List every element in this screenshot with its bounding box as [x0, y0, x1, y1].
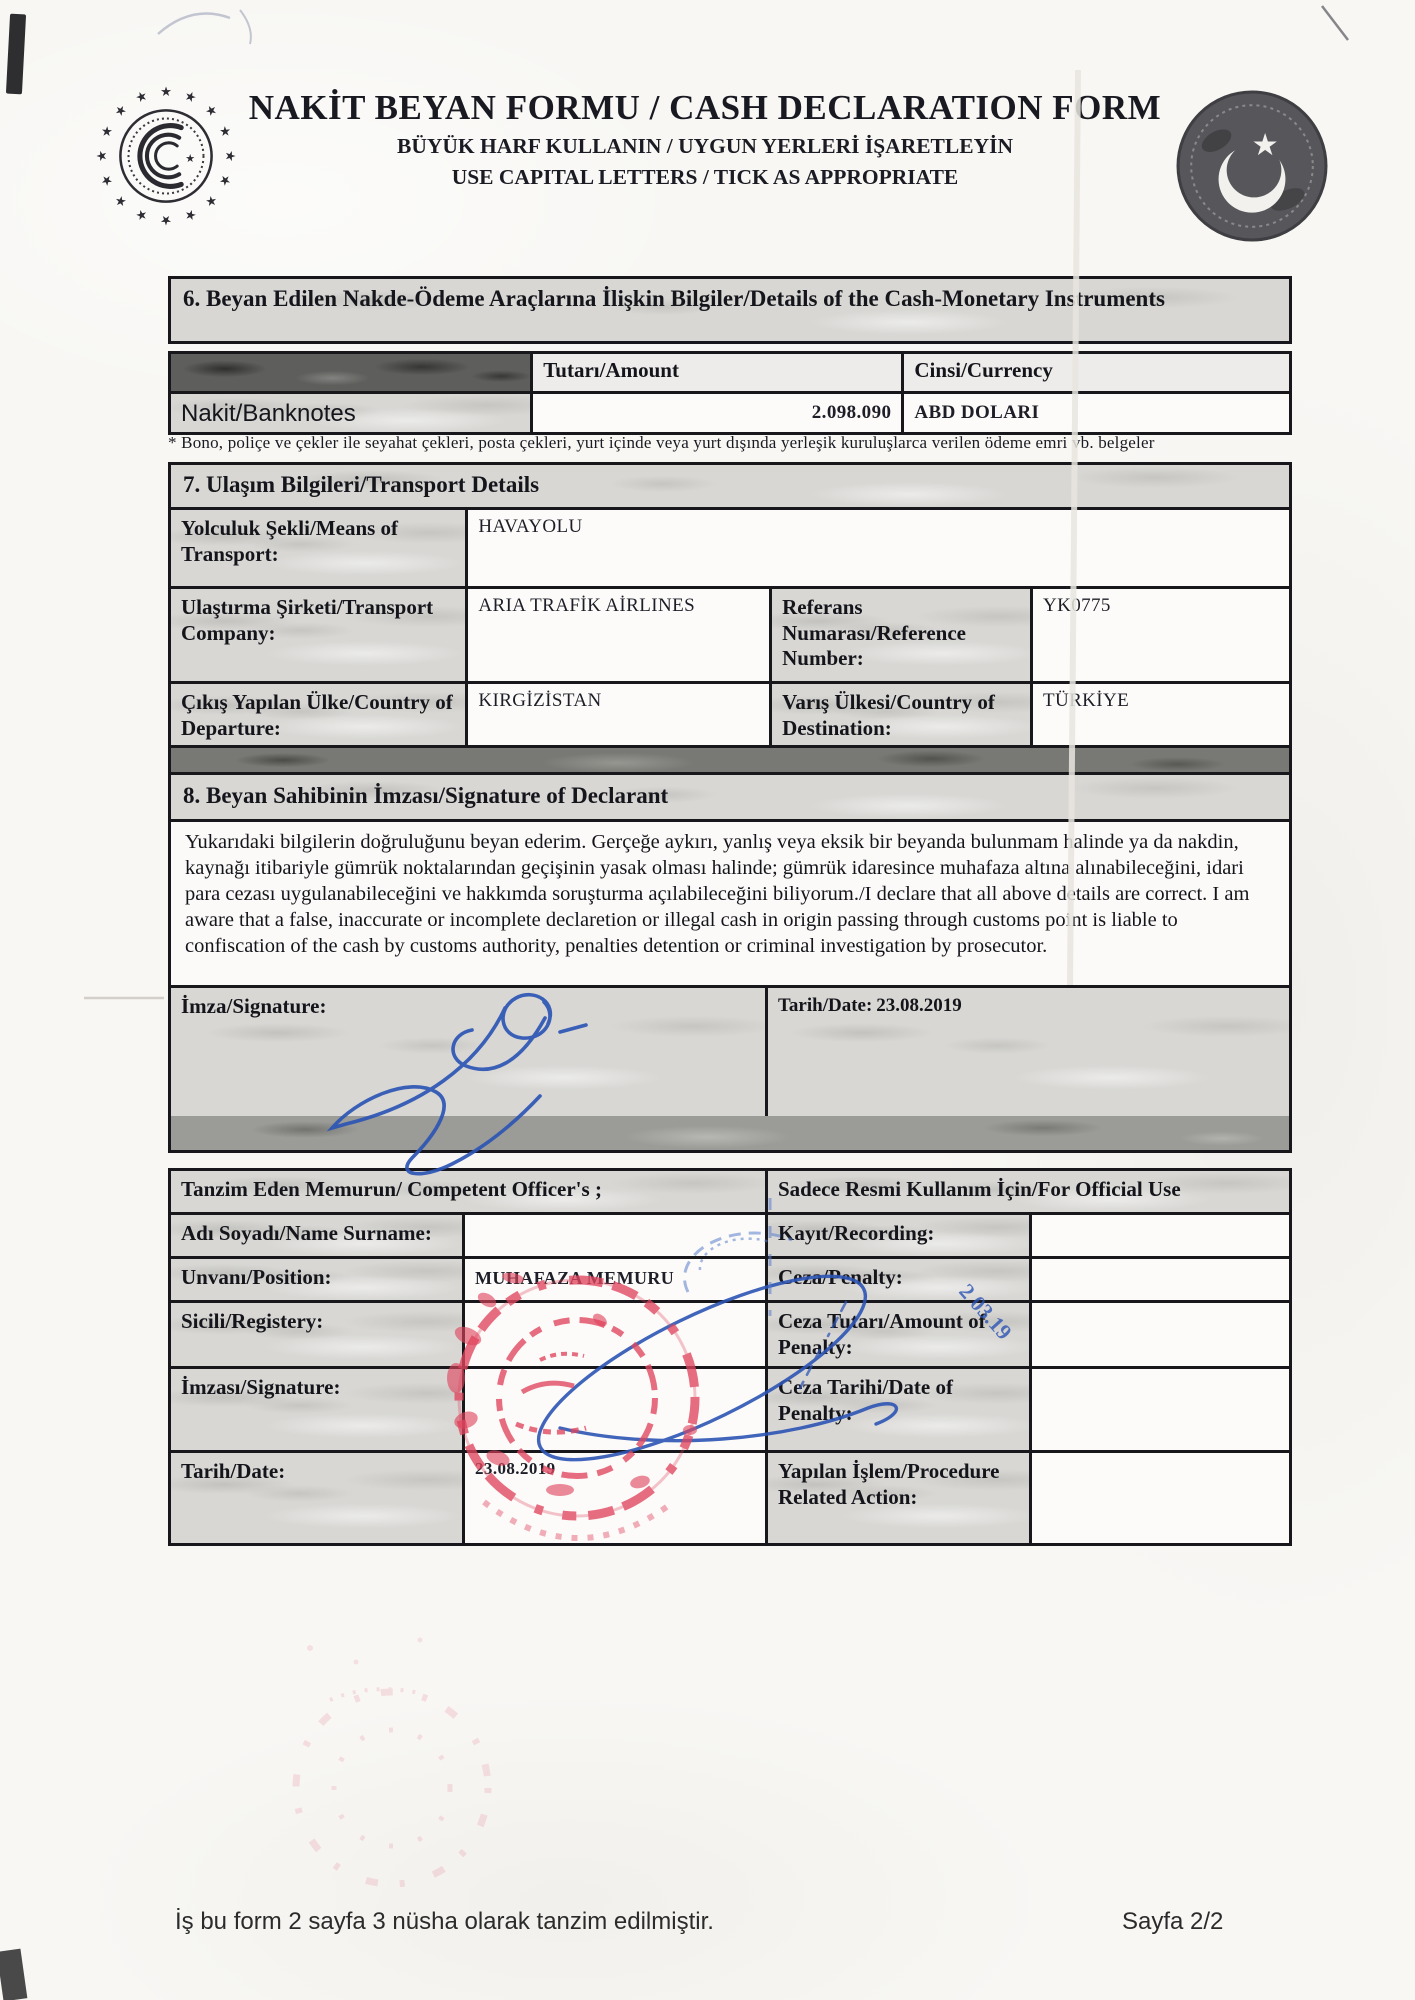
footer-note: İş bu form 2 sayfa 3 nüsha olarak tanzim…: [175, 1908, 714, 1936]
currency-column-header: Cinsi/Currency: [904, 354, 1289, 391]
penalty-date-label: Ceza Tarihi/Date of Penalty:: [768, 1369, 1032, 1450]
means-of-transport-label: Yolculuk Şekli/Means of Transport:: [171, 510, 468, 586]
svg-text:★: ★: [201, 191, 220, 210]
section7-title: 7. Ulaşım Bilgileri/Transport Details: [171, 465, 1289, 510]
cash-declaration-form-page: ★★ ★★ ★★ ★★ ★★ ★★ ★★ ★★ ★: [0, 0, 1415, 2000]
reference-number-value: YK0775: [1033, 589, 1289, 681]
svg-text:★: ★: [133, 205, 150, 223]
amount-column-header: Tutarı/Amount: [533, 354, 904, 391]
amount-value: 2.098.090: [533, 394, 904, 432]
recording-label: Kayıt/Recording:: [768, 1215, 1032, 1256]
section6-footnote: * Bono, poliçe ve çekler ile seyahat çek…: [168, 433, 1308, 453]
svg-text:★: ★: [201, 102, 220, 121]
svg-text:★: ★: [185, 153, 195, 165]
section6-title-bar: 6. Beyan Edilen Nakde-Ödeme Araçlarına İ…: [168, 276, 1292, 344]
pen-mark-top-right: [1322, 6, 1348, 40]
page-number: Sayfa 2/2: [1122, 1908, 1223, 1936]
svg-text:★: ★: [112, 191, 131, 210]
banknotes-row-label: Nakit/Banknotes: [171, 394, 533, 432]
svg-text:★: ★: [95, 150, 110, 162]
registry-label: Sicili/Registery:: [171, 1303, 465, 1366]
pen-scribble-top: [158, 10, 251, 44]
section7-transport-details: 7. Ulaşım Bilgileri/Transport Details Yo…: [168, 462, 1292, 778]
instrument-type-header-cell: [171, 354, 533, 391]
scan-artifact-top-left: [6, 14, 26, 95]
svg-text:★: ★: [112, 102, 131, 121]
declaration-date-value: 23.08.2019: [876, 995, 962, 1016]
section7-bottom-band: [171, 748, 1289, 775]
scan-artifact-bottom-left: [0, 1949, 27, 2000]
customs-enforcement-seal-icon: ★: [1176, 90, 1328, 242]
section8-title: 8. Beyan Sahibinin İmzası/Signature of D…: [171, 775, 1289, 822]
penalty-amount-value: [1032, 1303, 1289, 1366]
reference-number-label: Referans Numarası/Reference Number:: [769, 589, 1033, 681]
section6-title: 6. Beyan Edilen Nakde-Ödeme Araçlarına İ…: [183, 286, 1165, 311]
officer-date-label: Tarih/Date:: [171, 1453, 465, 1543]
name-surname-value: [465, 1215, 768, 1256]
officer-signature-value: [465, 1369, 768, 1450]
means-of-transport-value: HAVAYOLU: [468, 510, 1289, 586]
svg-text:★: ★: [182, 88, 199, 106]
instruction-line-tr: BÜYÜK HARF KULLANIN / UYGUN YERLERİ İŞAR…: [235, 134, 1175, 159]
svg-text:★: ★: [98, 123, 116, 140]
recording-value: [1032, 1215, 1289, 1256]
destination-country-value: TÜRKİYE: [1033, 684, 1289, 745]
svg-text:★: ★: [215, 172, 233, 189]
svg-text:★: ★: [133, 88, 150, 106]
svg-text:★: ★: [182, 205, 199, 223]
transport-company-value: ARIA TRAFİK AİRLINES: [468, 589, 769, 681]
registry-value: [465, 1303, 768, 1366]
instruction-line-en: USE CAPITAL LETTERS / TICK AS APPROPRIAT…: [235, 165, 1175, 190]
currency-value: ABD DOLARI: [904, 394, 1289, 432]
svg-text:★: ★: [215, 123, 233, 140]
red-specks: [307, 1638, 423, 1665]
position-label: Unvanı/Position:: [171, 1259, 465, 1300]
penalty-value: [1032, 1259, 1289, 1300]
section6-table: Tutarı/Amount Cinsi/Currency Nakit/Bankn…: [168, 351, 1292, 435]
svg-text:★: ★: [160, 85, 172, 100]
destination-country-label: Varış Ülkesi/Country of Destination:: [769, 684, 1033, 745]
svg-text:★: ★: [98, 172, 116, 189]
ministry-of-trade-seal-icon: ★★ ★★ ★★ ★★ ★★ ★★ ★★ ★★ ★: [90, 80, 242, 232]
departure-country-label: Çıkış Yapılan Ülke/Country of Departure:: [171, 684, 468, 745]
section8-bottom-band: [171, 1116, 1289, 1150]
svg-text:★: ★: [1252, 128, 1279, 163]
ghost-stamp: [296, 1689, 488, 1884]
official-use-header: Sadece Resmi Kullanım İçin/For Official …: [768, 1171, 1289, 1212]
competent-officer-header: Tanzim Eden Memurun/ Competent Officer's…: [171, 1171, 768, 1212]
officer-date-value: 23.08.2019: [465, 1453, 768, 1543]
procedure-value: [1032, 1453, 1289, 1543]
position-value: MUHAFAZA MEMURU: [465, 1259, 768, 1300]
officer-table: Tanzim Eden Memurun/ Competent Officer's…: [168, 1168, 1292, 1546]
penalty-date-value: [1032, 1369, 1289, 1450]
transport-company-label: Ulaştırma Şirketi/Transport Company:: [171, 589, 468, 681]
declaration-text: Yukarıdaki bilgilerin doğruluğunu beyan …: [171, 822, 1289, 988]
declaration-date-label: Tarih/Date:: [778, 995, 872, 1016]
procedure-label: Yapılan İşlem/Procedure Related Action:: [768, 1453, 1032, 1543]
svg-text:★: ★: [160, 212, 172, 227]
section8-declarant-signature: 8. Beyan Sahibinin İmzası/Signature of D…: [168, 772, 1292, 1153]
page-title: NAKİT BEYAN FORMU / CASH DECLARATION FOR…: [235, 88, 1175, 128]
penalty-amount-label: Ceza Tutarı/Amount of Penalty:: [768, 1303, 1032, 1366]
form-header: NAKİT BEYAN FORMU / CASH DECLARATION FOR…: [235, 88, 1175, 190]
name-surname-label: Adı Soyadı/Name Surname:: [171, 1215, 465, 1256]
departure-country-value: KIRGİZİSTAN: [468, 684, 769, 745]
officer-signature-label: İmzası/Signature:: [171, 1369, 465, 1450]
penalty-label: Ceza/Penalty:: [768, 1259, 1032, 1300]
signature-label: İmza/Signature:: [181, 994, 326, 1018]
